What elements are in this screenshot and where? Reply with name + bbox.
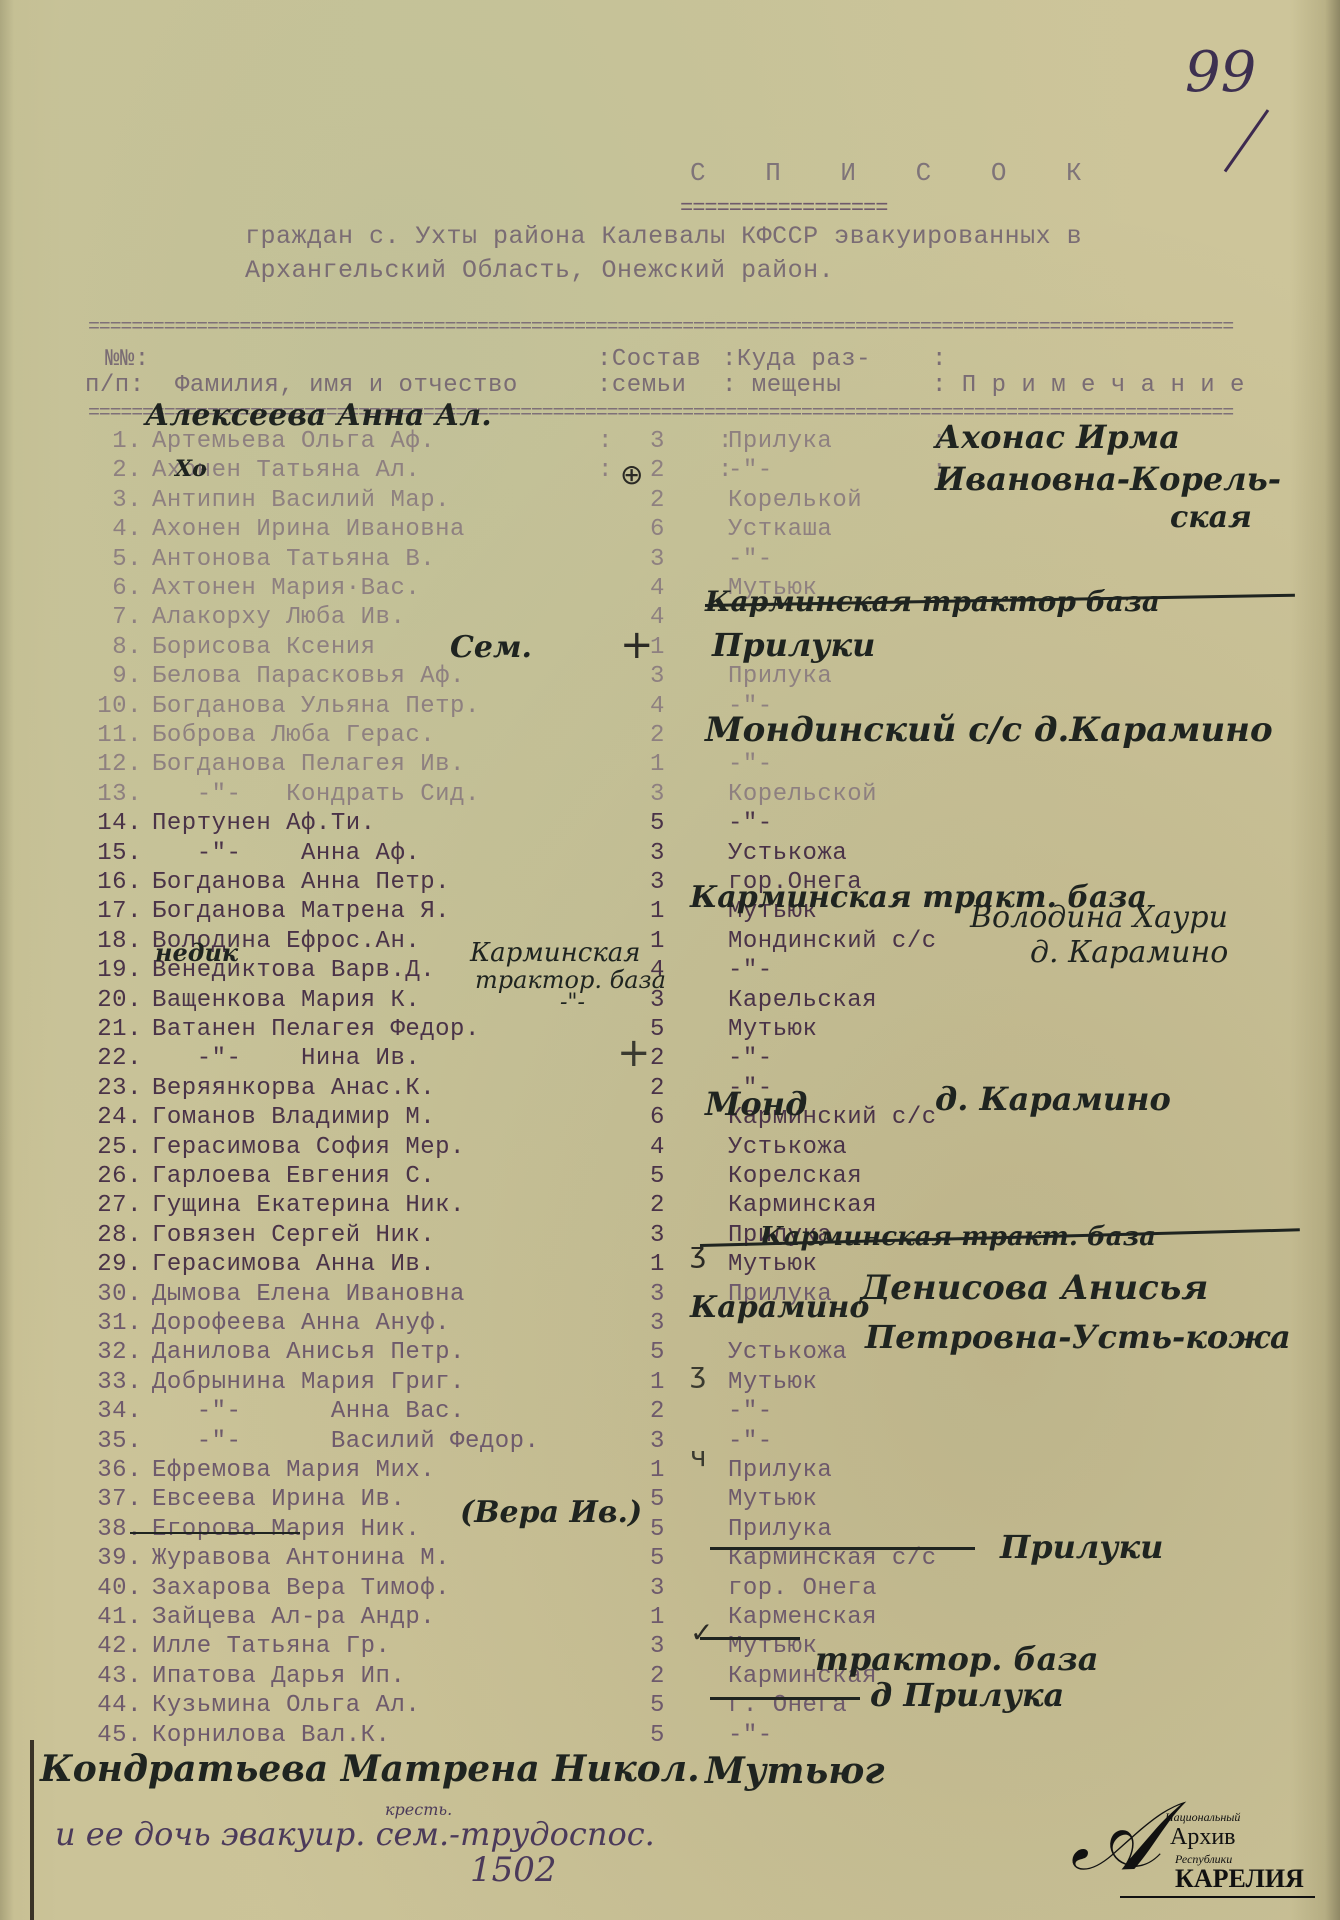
row-name: Илле Татьяна Гр. (152, 1633, 390, 1660)
row-destination: -"- (728, 1398, 773, 1425)
row-destination: Мутьюк (728, 1016, 817, 1043)
row-family-size: 3 (650, 546, 665, 573)
row-destination: Устькожа (728, 1339, 847, 1366)
row39-note: Прилуки (1000, 1528, 1163, 1566)
document-subtitle-line-1: граждан с. Ухты района Калевалы КФССР эв… (245, 222, 1082, 251)
row24-prefix: Монд (705, 1085, 807, 1123)
row-name: Герасимова София Мер. (152, 1134, 465, 1161)
archive-logo: 𝒜 Национальный Архив Республики КАРЕЛИЯ (1070, 1780, 1320, 1910)
row-family-size: 1 (650, 751, 665, 778)
row-name: Ефремова Мария Мих. (152, 1457, 435, 1484)
row-number: 31. (86, 1310, 142, 1337)
row-destination: Корелькой (728, 487, 862, 514)
note-akhonas-line3: ская (1170, 500, 1252, 535)
row-family-size: 2 (650, 1398, 665, 1425)
row43-note: трактор. база (815, 1640, 1098, 1678)
row-number: 33. (86, 1369, 142, 1396)
row-destination: Усткаша (728, 516, 832, 543)
row-number: 28. (86, 1222, 142, 1249)
row19-note: Карминская (470, 938, 641, 968)
row-name: -"- Нина Ив. (152, 1045, 420, 1072)
row42-check-icon: ✓ (690, 1616, 713, 1649)
row-family-size: 3 (650, 1633, 665, 1660)
row-destination: -"- (728, 810, 773, 837)
circled-mark-icon: ⊕ (620, 458, 643, 491)
row-destination: -"- (728, 1428, 773, 1455)
row18-note-village: д. Карамино (1030, 935, 1228, 970)
row-name: Богданова Матрена Я. (152, 898, 450, 925)
row-family-size: 3 (650, 869, 665, 896)
row-name: Богданова Анна Петр. (152, 869, 450, 896)
row-number: 7. (86, 604, 142, 631)
row-number: 14. (86, 810, 142, 837)
row-family-size: 3 (650, 1281, 665, 1308)
row-family-size: 3 (650, 1575, 665, 1602)
row-family-size: 3 (650, 1222, 665, 1249)
row-family-size: 1 (650, 1369, 665, 1396)
row-family-size: 1 (650, 1457, 665, 1484)
row-family-size: 3 (650, 840, 665, 867)
row-name: Антонова Татьяна В. (152, 546, 435, 573)
row-name: Данилова Анисья Петр. (152, 1339, 465, 1366)
row-number: 25. (86, 1134, 142, 1161)
row-name: -"- Анна Вас. (152, 1398, 465, 1425)
row-destination: -"- (728, 1722, 773, 1749)
row-separator: : (598, 428, 613, 455)
row-family-size: 6 (650, 516, 665, 543)
row-name: Ипатова Дарья Ип. (152, 1663, 405, 1690)
row38-underline (130, 1532, 300, 1534)
row-family-size: 5 (650, 1016, 665, 1043)
row-destination: Устькожа (728, 840, 847, 867)
row-number: 12. (86, 751, 142, 778)
row-number: 30. (86, 1281, 142, 1308)
row-family-size: 4 (650, 693, 665, 720)
row-family-size: 1 (650, 898, 665, 925)
note-denisova-line2: Петровна-Усть-кожа (865, 1318, 1291, 1356)
row-destination: Мутьюк (728, 1486, 817, 1513)
row-number: 42. (86, 1633, 142, 1660)
row-name: Дымова Елена Ивановна (152, 1281, 465, 1308)
row-name: Ващенкова Мария К. (152, 987, 420, 1014)
row-name: -"- Анна Аф. (152, 840, 420, 867)
row-number: 2. (86, 457, 142, 484)
row-name: Евсеева Ирина Ив. (152, 1486, 405, 1513)
row24-note: д. Карамино (935, 1080, 1171, 1118)
row-name: Пертунен Аф.Ти. (152, 810, 376, 837)
row31-destination: Карамино (690, 1290, 869, 1325)
title-underline: ================= (680, 196, 887, 221)
row-name: Боброва Люба Герас. (152, 722, 435, 749)
row-destination: Устькожа (728, 1134, 847, 1161)
row-name: Ахонен Ирина Ивановна (152, 516, 465, 543)
row33-mark-icon: ʒ (690, 1356, 706, 1389)
row-family-size: 2 (650, 1045, 665, 1072)
row11-destination: Мондинский с/с д.Карамино (705, 710, 1273, 750)
row-number: 8. (86, 634, 142, 661)
row-destination: Карменская (728, 1604, 877, 1631)
row-number: 41. (86, 1604, 142, 1631)
row-number: 6. (86, 575, 142, 602)
row-name: Егорова Мария Ник. (152, 1516, 420, 1543)
logo-line-archive: Архив (1170, 1824, 1236, 1851)
row-number: 21. (86, 1016, 142, 1043)
row-name: -"- Василий Федор. (152, 1428, 539, 1455)
table-top-rule: ========================================… (88, 316, 1308, 339)
row-family-size: 5 (650, 1163, 665, 1190)
row-family-size: 5 (650, 1516, 665, 1543)
row-number: 20. (86, 987, 142, 1014)
header-dest-line1: :Куда раз- (722, 346, 871, 373)
note-denisova-line1: Денисова Анисья (860, 1268, 1208, 1308)
row-family-size: 3 (650, 1310, 665, 1337)
row-family-size: 3 (650, 428, 665, 455)
row-number: 15. (86, 840, 142, 867)
row-name: Зайцева Ал-ра Андр. (152, 1604, 435, 1631)
row-number: 23. (86, 1075, 142, 1102)
row-destination: Прилука (728, 428, 832, 455)
row-family-size: 5 (650, 1486, 665, 1513)
bottom-entry-name: Кондратьева Матрена Никол. (40, 1748, 700, 1790)
row-number: 35. (86, 1428, 142, 1455)
row-destination: Мутьюк (728, 1369, 817, 1396)
row-family-size: 5 (650, 1545, 665, 1572)
row-family-size: 2 (650, 1075, 665, 1102)
row-number: 9. (86, 663, 142, 690)
row-number: 32. (86, 1339, 142, 1366)
row-number: 17. (86, 898, 142, 925)
logo-swirl-icon: 𝒜 (1070, 1788, 1161, 1884)
row-number: 43. (86, 1663, 142, 1690)
row-family-size: 2 (650, 1663, 665, 1690)
header-family-line1: :Состав (597, 346, 701, 373)
row-number: 5. (86, 546, 142, 573)
row8-suffix: Сем. (450, 630, 532, 665)
row-family-size: 3 (650, 1428, 665, 1455)
header-notes-line1: : (932, 346, 947, 373)
row19-overwrite: недик (155, 938, 238, 967)
header-num-line1: №№: (105, 346, 150, 373)
row-number: 44. (86, 1692, 142, 1719)
row-destination: Корелская (728, 1163, 862, 1190)
row39-strike-line (710, 1547, 975, 1550)
row-number: 40. (86, 1575, 142, 1602)
row-number: 16. (86, 869, 142, 896)
row-name: Корнилова Вал.К. (152, 1722, 390, 1749)
header-family-line2: :семьи (597, 372, 686, 399)
row-number: 13. (86, 781, 142, 808)
row-name: Алакорху Люба Ив. (152, 604, 405, 631)
row-number: 37. (86, 1486, 142, 1513)
row-name: Борисова Ксения (152, 634, 376, 661)
row-number: 1. (86, 428, 142, 455)
handwritten-insert-alekseeva: Алексеева Анна Ал. (145, 398, 492, 433)
header-num-line2: п/п: (85, 372, 145, 399)
row-destination: Прилука (728, 663, 832, 690)
logo-line-karelia: КАРЕЛИЯ (1175, 1864, 1304, 1894)
row-family-size: 1 (650, 1251, 665, 1278)
row-family-size: 2 (650, 457, 665, 484)
row-name: Кузьмина Ольга Ал. (152, 1692, 420, 1719)
row44-note: д Прилука (870, 1676, 1064, 1714)
row-family-size: 2 (650, 487, 665, 514)
row-name: Гущина Екатерина Ник. (152, 1192, 465, 1219)
row-number: 19. (86, 957, 142, 984)
note-akhonas-line2: Ивановна-Корель- (935, 460, 1281, 498)
row-destination: -"- (728, 457, 773, 484)
row-family-size: 2 (650, 1192, 665, 1219)
row-name: Герасимова Анна Ив. (152, 1251, 435, 1278)
bottom-entry-line2: и ее дочь эвакуир. сем.-трудоспос. (55, 1815, 655, 1853)
row-number: 4. (86, 516, 142, 543)
row44-strike-line (710, 1697, 860, 1700)
row-family-size: 5 (650, 1692, 665, 1719)
row-family-size: 4 (650, 1134, 665, 1161)
row-family-size: 2 (650, 722, 665, 749)
row-family-size: 1 (650, 1604, 665, 1631)
document-title: С П И С О К (690, 158, 1104, 188)
row-destination: -"- (728, 1045, 773, 1072)
row-separator: : (598, 457, 613, 484)
bottom-entry-destination: Мутьюг (705, 1750, 885, 1792)
row42-strike-line (700, 1637, 800, 1640)
row-destination: Прилука (728, 1516, 832, 1543)
header-dest-line2: : мещены (722, 372, 841, 399)
row-name: Гоманов Владимир М. (152, 1104, 435, 1131)
row-name: Богданова Ульяна Петр. (152, 693, 480, 720)
row-name: Захарова Вера Тимоф. (152, 1575, 450, 1602)
row-family-size: 3 (650, 781, 665, 808)
row-name: Гарлоева Евгения С. (152, 1163, 435, 1190)
row29-mark-icon: ʒ (690, 1236, 706, 1269)
row-family-size: 4 (650, 575, 665, 602)
row-destination: Мутьюк (728, 1251, 817, 1278)
handwritten-row2-note: Хо (175, 456, 207, 482)
row-name: Журавова Антонина М. (152, 1545, 450, 1572)
document-subtitle-line-2: Архангельский Область, Онежский район. (245, 256, 834, 285)
row8-destination: Прилуки (712, 626, 875, 664)
row36-mark-icon: ч (690, 1440, 707, 1473)
logo-underline (1120, 1896, 1315, 1898)
binding-edge (30, 1740, 34, 1920)
bottom-number: 1502 (470, 1850, 557, 1890)
logo-line-national: Национальный (1165, 1810, 1240, 1825)
row-separator: : (718, 457, 733, 484)
note-akhonas-line1: Ахонас Ирма (935, 418, 1180, 456)
row-family-size: 5 (650, 810, 665, 837)
row20-ditto: -"- (560, 990, 585, 1015)
row-name: Добрынина Мария Григ. (152, 1369, 465, 1396)
row-destination: Карминская (728, 1192, 877, 1219)
row22-cross-icon: + (617, 1030, 651, 1076)
row-name: Ахтонен Мария·Вас. (152, 575, 420, 602)
row38-note: (Вера Ив.) (460, 1495, 642, 1530)
row-family-size: 6 (650, 1104, 665, 1131)
header-name: Фамилия, имя и отчество (175, 372, 518, 399)
row-number: 27. (86, 1192, 142, 1219)
row-family-size: 5 (650, 1339, 665, 1366)
row-name: Богданова Пелагея Ив. (152, 751, 465, 778)
row-number: 10. (86, 693, 142, 720)
row-number: 18. (86, 928, 142, 955)
row-name: Веряянкорва Анас.К. (152, 1075, 435, 1102)
row-destination: -"- (728, 957, 773, 984)
row-number: 11. (86, 722, 142, 749)
row-destination: Прилука (728, 1457, 832, 1484)
row-number: 3. (86, 487, 142, 514)
row-number: 39. (86, 1545, 142, 1572)
row-family-size: 5 (650, 1722, 665, 1749)
row-name: Антипин Василий Мар. (152, 487, 450, 514)
row-separator: : (718, 428, 733, 455)
row18-note: Володина Хаури (970, 900, 1228, 935)
row-name: Ватанен Пелагея Федор. (152, 1016, 480, 1043)
row8-cross-icon: + (620, 622, 654, 668)
row-number: 29. (86, 1251, 142, 1278)
row-number: 34. (86, 1398, 142, 1425)
row-destination: Корельской (728, 781, 877, 808)
row-destination: -"- (728, 751, 773, 778)
page-number: 99 (1185, 40, 1256, 105)
row-number: 45. (86, 1722, 142, 1749)
row-family-size: 1 (650, 928, 665, 955)
header-notes-line2: : П р и м е ч а н и е (932, 372, 1245, 399)
row-name: -"- Кондрать Сид. (152, 781, 480, 808)
row-name: Белова Парасковья Аф. (152, 663, 465, 690)
row-destination: гор. Онега (728, 1575, 877, 1602)
row-number: 38. (86, 1516, 142, 1543)
row-number: 36. (86, 1457, 142, 1484)
row-destination: -"- (728, 546, 773, 573)
row-number: 22. (86, 1045, 142, 1072)
row-destination: Карельская (728, 987, 877, 1014)
row-name: Дорофеева Анна Ануф. (152, 1310, 450, 1337)
row-name: Говязен Сергей Ник. (152, 1222, 435, 1249)
row-destination: Мондинский с/с (728, 928, 937, 955)
row-number: 26. (86, 1163, 142, 1190)
row-number: 24. (86, 1104, 142, 1131)
